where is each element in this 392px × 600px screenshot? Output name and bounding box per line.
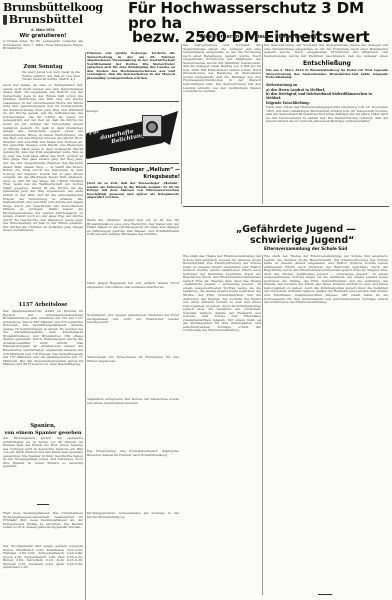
brief-4: Tanzlehrer erfolgreich. Der Kursus der T… bbox=[87, 398, 179, 448]
article-lead-hochwasser: Erkenne uns größte Notsorge, forderte di… bbox=[87, 52, 175, 98]
camera-lens-icon bbox=[146, 121, 158, 133]
article-title-gratulieren: Wir gratulieren! bbox=[8, 33, 78, 39]
masthead: Brunsbüttelkoog Brunsbüttel bbox=[3, 2, 83, 26]
section-divider bbox=[183, 206, 389, 207]
article-body-spanien: Am Montagabend sprach der spanische Schr… bbox=[3, 437, 83, 499]
ad-label: Anzeige bbox=[86, 109, 98, 113]
brief-3: Tanzschulen für Erwachsene im Ruhrgebiet… bbox=[87, 356, 179, 396]
article-title-spanien-2: von einem Spanier gesehen bbox=[1, 430, 85, 436]
entschliessung-body: Nach dem Urteil des Oberverwaltungsgeric… bbox=[266, 106, 388, 204]
article-title-tonnenleger-2: Kriegsbeute! bbox=[100, 174, 180, 180]
article-title-tonnenleger-1: Tonnenleger „Mellum“ — bbox=[100, 167, 180, 173]
article-body-arbeitslose: Der Arbeitsamtsbericht erfaßt im Februar… bbox=[3, 310, 83, 422]
entschliessung-label: folgende Entschließung: bbox=[266, 101, 310, 105]
column-rule bbox=[181, 44, 182, 204]
advertisement[interactable]: Anzeige Für dauerhafte Belichtung bbox=[84, 107, 180, 159]
brief-2: Söderläufer „Pol“ wieder abholbereit. Na… bbox=[87, 314, 179, 354]
ad-border-top bbox=[87, 101, 179, 102]
entschliessung-addressee-label: Sielvertretung an bbox=[266, 83, 297, 87]
article-title-spanien-1: Spanien, bbox=[3, 423, 83, 429]
ad-border-bottom bbox=[87, 163, 179, 164]
brief-5: Die Entwicklung des Fremdenverkehrs: Zah… bbox=[87, 450, 179, 510]
brief-wochenmarkt: Der Wochenmarkt Süd zeigte gestern folge… bbox=[3, 545, 83, 593]
bible-verse: Da ward Jesus von dem Geist in die Wüste… bbox=[22, 71, 80, 83]
article-body-sonntag: Auch der Satan, an dem er Wohlgefallen h… bbox=[3, 84, 83, 296]
article-title-arbeitslose: 1137 Arbeitslose bbox=[8, 302, 78, 308]
issue-date: 6. März 1954 bbox=[0, 28, 86, 32]
article-subtitle-jugend: Elternversammlung der Schule Süd bbox=[264, 246, 384, 251]
column-rule bbox=[262, 255, 263, 595]
article-body-jugend-col2: Wie stark das Thema der Elternversammlun… bbox=[264, 255, 388, 590]
masthead-title-2: Brunsbüttel bbox=[9, 14, 83, 26]
column-rule bbox=[262, 44, 263, 204]
article-end-mark bbox=[318, 594, 332, 595]
newspaper-page: Brunsbüttelkoog Brunsbüttel 6. März 1954… bbox=[0, 0, 392, 600]
article-body-gratulieren: O Hohen Alter. Ihr 85. Lebensjahr vollen… bbox=[3, 40, 83, 50]
brief-siedlungshaeuser: Fünf neue Siedlungshäuser. Das Unternehm… bbox=[3, 512, 83, 542]
headline-subtitle: Eine Forderung der neuen Sielvertretung bbox=[178, 34, 338, 40]
article-title-jugend-1: „Gefährdete Jugend — bbox=[236, 224, 386, 235]
article-title-jugend-2: schwierige Jugend“ bbox=[250, 235, 390, 246]
headline-line-1: Für Hochwasserschutz 3 DM pro ha bbox=[128, 1, 390, 30]
article-body-hochwasser-end: Die Sielvertretung und Vorstand der Siel… bbox=[264, 44, 388, 58]
entschliessung-addressee-b: b) den Deichgraf, und Deichverband Süder… bbox=[266, 92, 386, 100]
article-lead-tonnenleger: Jetzt ist es Zeit, daß der Tonnenleger „… bbox=[87, 182, 179, 217]
article-title-entschliessung: Entschließung bbox=[282, 60, 372, 67]
article-body-hochwasser: Die Sielvertretung und Vorstand der Siel… bbox=[183, 44, 261, 204]
brief-6: Kirchengemeinde: Gottesdienste am Sonnta… bbox=[87, 512, 179, 596]
brief-1: Nach langer Regenzeit hat nun endlich wi… bbox=[87, 282, 179, 312]
article-body-tonnenleger: Wenn die „Mellum“ wieder hier ist, so is… bbox=[87, 219, 179, 279]
coat-of-arms-icon bbox=[3, 15, 7, 25]
entschliessung-intro: Die am 5. März 1954 in Brunsbüttelkoog i… bbox=[266, 69, 388, 82]
article-title-sonntag: Zum Sonntag bbox=[8, 64, 78, 70]
article-body-jugend-col1: Wie stark das Thema der Elternversammlun… bbox=[183, 255, 261, 595]
separator bbox=[37, 504, 49, 505]
